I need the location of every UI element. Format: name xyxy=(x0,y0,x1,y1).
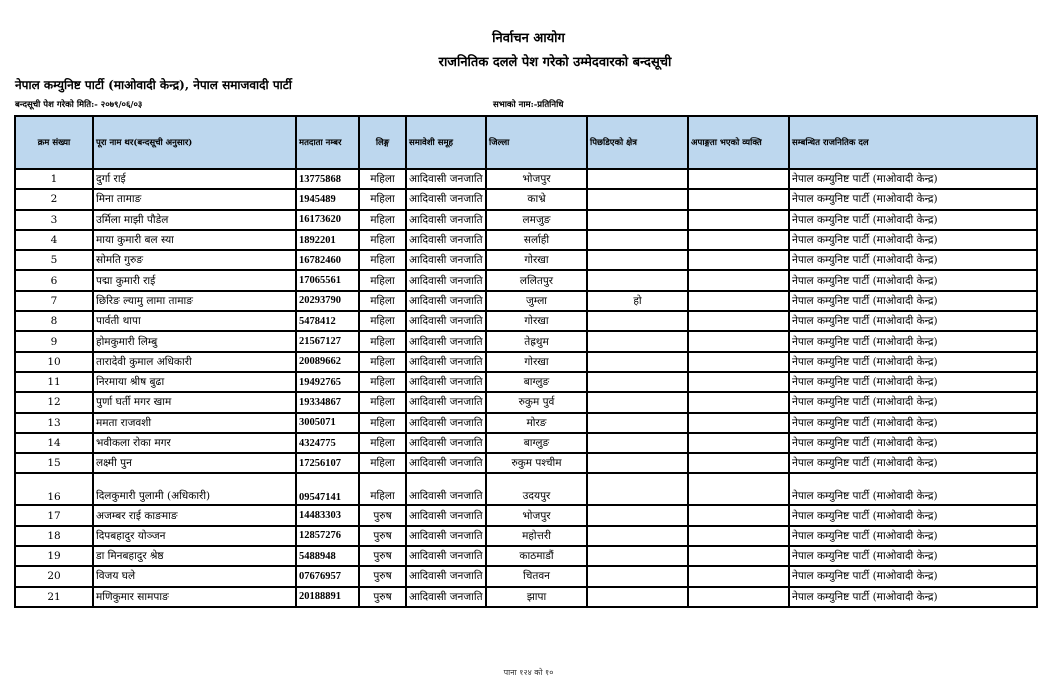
cell-serial-number: 1 xyxy=(15,169,93,189)
cell-voter-number: 19492765 xyxy=(296,372,359,392)
table-row: 13ममता राजवशी3005071महिलाआदिवासी जनजातिम… xyxy=(15,413,1037,433)
cell-voter-number: 07676957 xyxy=(296,566,359,586)
cell-full-name: विजय घले xyxy=(93,566,296,586)
cell-district: गोरखा xyxy=(486,311,587,331)
cell-political-party: नेपाल कम्युनिष्ट पार्टी (माओवादी केन्द्र… xyxy=(789,270,1037,290)
cell-backward-area xyxy=(587,169,688,189)
cell-voter-number: 21567127 xyxy=(296,331,359,351)
cell-voter-number: 14483303 xyxy=(296,505,359,525)
cell-disabled-person xyxy=(688,270,789,290)
cell-serial-number: 13 xyxy=(15,413,93,433)
cell-voter-number: 09547141 xyxy=(296,473,359,505)
cell-political-party: नेपाल कम्युनिष्ट पार्टी (माओवादी केन्द्र… xyxy=(789,352,1037,372)
cell-inclusive-group: आदिवासी जनजाति xyxy=(406,413,486,433)
cell-inclusive-group: आदिवासी जनजाति xyxy=(406,331,486,351)
cell-full-name: लक्ष्मी पुन xyxy=(93,453,296,473)
cell-voter-number: 17256107 xyxy=(296,453,359,473)
candidate-list-table: क्रम संख्या पूरा नाम थर(बन्दसूची अनुसार)… xyxy=(14,115,1038,608)
cell-gender: महिला xyxy=(359,473,406,505)
cell-serial-number: 5 xyxy=(15,250,93,270)
cell-district: गोरखा xyxy=(486,352,587,372)
cell-inclusive-group: आदिवासी जनजाति xyxy=(406,566,486,586)
cell-political-party: नेपाल कम्युनिष्ट पार्टी (माओवादी केन्द्र… xyxy=(789,331,1037,351)
document-subtitle: राजनितिक दलले पेश गरेको उम्मेदवारको बन्द… xyxy=(0,52,1057,70)
cell-backward-area xyxy=(587,270,688,290)
cell-political-party: नेपाल कम्युनिष्ट पार्टी (माओवादी केन्द्र… xyxy=(789,413,1037,433)
cell-gender: महिला xyxy=(359,250,406,270)
cell-full-name: पुर्णा घर्ती मगर खाम xyxy=(93,392,296,412)
cell-political-party: नेपाल कम्युनिष्ट पार्टी (माओवादी केन्द्र… xyxy=(789,169,1037,189)
cell-gender: महिला xyxy=(359,392,406,412)
cell-backward-area xyxy=(587,526,688,546)
cell-gender: महिला xyxy=(359,291,406,311)
cell-gender: महिला xyxy=(359,372,406,392)
cell-disabled-person xyxy=(688,526,789,546)
cell-inclusive-group: आदिवासी जनजाति xyxy=(406,311,486,331)
cell-full-name: निरमाया श्रीष बुढा xyxy=(93,372,296,392)
cell-disabled-person xyxy=(688,587,789,607)
cell-serial-number: 16 xyxy=(15,473,93,505)
col-disabled-person: अपाङ्गता भएको व्यक्ति xyxy=(688,116,789,169)
cell-voter-number: 20293790 xyxy=(296,291,359,311)
cell-disabled-person xyxy=(688,473,789,505)
cell-disabled-person xyxy=(688,546,789,566)
cell-voter-number: 4324775 xyxy=(296,433,359,453)
cell-disabled-person xyxy=(688,372,789,392)
cell-backward-area xyxy=(587,189,688,209)
cell-district: तेह्रथुम xyxy=(486,331,587,351)
cell-district: सर्लाही xyxy=(486,230,587,250)
cell-full-name: माया कुमारी बल स्या xyxy=(93,230,296,250)
cell-inclusive-group: आदिवासी जनजाति xyxy=(406,352,486,372)
col-district: जिल्ला xyxy=(486,116,587,169)
cell-voter-number: 12857276 xyxy=(296,526,359,546)
table-row: 7छिरिङ ल्यामु लामा तामाङ20293790महिलाआदि… xyxy=(15,291,1037,311)
cell-backward-area xyxy=(587,566,688,586)
cell-backward-area xyxy=(587,413,688,433)
col-gender: लिङ्ग xyxy=(359,116,406,169)
cell-inclusive-group: आदिवासी जनजाति xyxy=(406,230,486,250)
cell-district: ललितपुर xyxy=(486,270,587,290)
cell-serial-number: 9 xyxy=(15,331,93,351)
cell-full-name: पार्वती थापा xyxy=(93,311,296,331)
table-row: 1दुर्गा राई13775868महिलाआदिवासी जनजातिभो… xyxy=(15,169,1037,189)
cell-voter-number: 1945489 xyxy=(296,189,359,209)
table-row: 21मणिकुमार सामपाङ20188891पुरुषआदिवासी जन… xyxy=(15,587,1037,607)
cell-disabled-person xyxy=(688,169,789,189)
cell-inclusive-group: आदिवासी जनजाति xyxy=(406,587,486,607)
cell-gender: महिला xyxy=(359,230,406,250)
cell-full-name: तारादेवी कुमाल अधिकारी xyxy=(93,352,296,372)
cell-gender: महिला xyxy=(359,413,406,433)
cell-backward-area xyxy=(587,331,688,351)
table-row: 4माया कुमारी बल स्या1892201महिलाआदिवासी … xyxy=(15,230,1037,250)
cell-serial-number: 2 xyxy=(15,189,93,209)
cell-voter-number: 5488948 xyxy=(296,546,359,566)
cell-inclusive-group: आदिवासी जनजाति xyxy=(406,270,486,290)
cell-serial-number: 4 xyxy=(15,230,93,250)
cell-disabled-person xyxy=(688,413,789,433)
cell-serial-number: 20 xyxy=(15,566,93,586)
cell-voter-number: 13775868 xyxy=(296,169,359,189)
submission-date: बन्दसूची पेश गरेको मिति:- २०७९/०६/०३ xyxy=(15,99,142,110)
table-row: 10तारादेवी कुमाल अधिकारी20089662महिलाआदि… xyxy=(15,352,1037,372)
table-row: 18दिपबहादुर योञ्जन12857276पुरुषआदिवासी ज… xyxy=(15,526,1037,546)
cell-district: काठमाडौं xyxy=(486,546,587,566)
cell-serial-number: 12 xyxy=(15,392,93,412)
col-political-party: सम्बन्धित राजनितिक दल xyxy=(789,116,1037,169)
cell-political-party: नेपाल कम्युनिष्ट पार्टी (माओवादी केन्द्र… xyxy=(789,210,1037,230)
cell-inclusive-group: आदिवासी जनजाति xyxy=(406,291,486,311)
col-backward-area: पिछडिएको क्षेत्र xyxy=(587,116,688,169)
cell-serial-number: 17 xyxy=(15,505,93,525)
cell-political-party: नेपाल कम्युनिष्ट पार्टी (माओवादी केन्द्र… xyxy=(789,392,1037,412)
cell-backward-area xyxy=(587,546,688,566)
cell-disabled-person xyxy=(688,250,789,270)
cell-voter-number: 20089662 xyxy=(296,352,359,372)
cell-political-party: नेपाल कम्युनिष्ट पार्टी (माओवादी केन्द्र… xyxy=(789,250,1037,270)
cell-gender: पुरुष xyxy=(359,505,406,525)
cell-inclusive-group: आदिवासी जनजाति xyxy=(406,473,486,505)
cell-full-name: अजम्बर राई काङमाङ xyxy=(93,505,296,525)
cell-gender: पुरुष xyxy=(359,526,406,546)
cell-serial-number: 8 xyxy=(15,311,93,331)
cell-gender: महिला xyxy=(359,433,406,453)
cell-district: भोजपुर xyxy=(486,169,587,189)
page-footer: पाना १२४ को १० xyxy=(0,667,1057,676)
cell-full-name: ममता राजवशी xyxy=(93,413,296,433)
house-name: सभाको नाम:-प्रतिनिधि xyxy=(493,99,564,110)
table-row: 6पद्मा कुमारी राई17065561महिलाआदिवासी जन… xyxy=(15,270,1037,290)
cell-full-name: उर्मिला माझी पौडेल xyxy=(93,210,296,230)
cell-disabled-person xyxy=(688,352,789,372)
cell-district: उदयपुर xyxy=(486,473,587,505)
cell-gender: पुरुष xyxy=(359,546,406,566)
cell-district: जुम्ला xyxy=(486,291,587,311)
cell-district: बाग्लुङ xyxy=(486,433,587,453)
cell-full-name: दिलकुमारी पुलामी (अधिकारी) xyxy=(93,473,296,505)
cell-inclusive-group: आदिवासी जनजाति xyxy=(406,505,486,525)
cell-district: झापा xyxy=(486,587,587,607)
cell-serial-number: 21 xyxy=(15,587,93,607)
cell-district: भोजपुर xyxy=(486,505,587,525)
cell-district: महोत्तरी xyxy=(486,526,587,546)
cell-serial-number: 7 xyxy=(15,291,93,311)
cell-district: रुकुम पश्चीम xyxy=(486,453,587,473)
cell-gender: महिला xyxy=(359,189,406,209)
cell-full-name: छिरिङ ल्यामु लामा तामाङ xyxy=(93,291,296,311)
table-row: 9होमकुमारी लिम्बु21567127महिलाआदिवासी जन… xyxy=(15,331,1037,351)
cell-backward-area xyxy=(587,210,688,230)
table-row: 12पुर्णा घर्ती मगर खाम19334867महिलाआदिवा… xyxy=(15,392,1037,412)
cell-backward-area xyxy=(587,505,688,525)
cell-inclusive-group: आदिवासी जनजाति xyxy=(406,250,486,270)
cell-backward-area xyxy=(587,250,688,270)
cell-inclusive-group: आदिवासी जनजाति xyxy=(406,453,486,473)
cell-backward-area xyxy=(587,433,688,453)
table-row: 15लक्ष्मी पुन17256107महिलाआदिवासी जनजाति… xyxy=(15,453,1037,473)
cell-full-name: दिपबहादुर योञ्जन xyxy=(93,526,296,546)
cell-disabled-person xyxy=(688,433,789,453)
cell-political-party: नेपाल कम्युनिष्ट पार्टी (माओवादी केन्द्र… xyxy=(789,453,1037,473)
cell-voter-number: 20188891 xyxy=(296,587,359,607)
cell-political-party: नेपाल कम्युनिष्ट पार्टी (माओवादी केन्द्र… xyxy=(789,587,1037,607)
cell-disabled-person xyxy=(688,331,789,351)
cell-serial-number: 14 xyxy=(15,433,93,453)
cell-district: मोरङ xyxy=(486,413,587,433)
cell-inclusive-group: आदिवासी जनजाति xyxy=(406,392,486,412)
table-row: 11निरमाया श्रीष बुढा19492765महिलाआदिवासी… xyxy=(15,372,1037,392)
cell-full-name: सोमति गुरुङ xyxy=(93,250,296,270)
cell-full-name: पद्मा कुमारी राई xyxy=(93,270,296,290)
cell-disabled-person xyxy=(688,505,789,525)
cell-political-party: नेपाल कम्युनिष्ट पार्टी (माओवादी केन्द्र… xyxy=(789,189,1037,209)
cell-voter-number: 1892201 xyxy=(296,230,359,250)
cell-political-party: नेपाल कम्युनिष्ट पार्टी (माओवादी केन्द्र… xyxy=(789,526,1037,546)
table-row: 20विजय घले07676957पुरुषआदिवासी जनजातिचित… xyxy=(15,566,1037,586)
cell-inclusive-group: आदिवासी जनजाति xyxy=(406,189,486,209)
cell-gender: महिला xyxy=(359,169,406,189)
cell-political-party: नेपाल कम्युनिष्ट पार्टी (माओवादी केन्द्र… xyxy=(789,311,1037,331)
cell-disabled-person xyxy=(688,291,789,311)
cell-backward-area xyxy=(587,311,688,331)
table-row: 3उर्मिला माझी पौडेल16173620महिलाआदिवासी … xyxy=(15,210,1037,230)
cell-serial-number: 19 xyxy=(15,546,93,566)
cell-political-party: नेपाल कम्युनिष्ट पार्टी (माओवादी केन्द्र… xyxy=(789,433,1037,453)
cell-voter-number: 5478412 xyxy=(296,311,359,331)
cell-voter-number: 19334867 xyxy=(296,392,359,412)
cell-inclusive-group: आदिवासी जनजाति xyxy=(406,546,486,566)
table-row: 2मिना तामाङ1945489महिलाआदिवासी जनजातिकाभ… xyxy=(15,189,1037,209)
cell-full-name: दुर्गा राई xyxy=(93,169,296,189)
cell-disabled-person xyxy=(688,230,789,250)
cell-backward-area: हो xyxy=(587,291,688,311)
cell-serial-number: 10 xyxy=(15,352,93,372)
cell-political-party: नेपाल कम्युनिष्ट पार्टी (माओवादी केन्द्र… xyxy=(789,505,1037,525)
table-row: 5सोमति गुरुङ16782460महिलाआदिवासी जनजातिग… xyxy=(15,250,1037,270)
cell-gender: महिला xyxy=(359,270,406,290)
cell-political-party: नेपाल कम्युनिष्ट पार्टी (माओवादी केन्द्र… xyxy=(789,566,1037,586)
cell-backward-area xyxy=(587,587,688,607)
table-row: 16दिलकुमारी पुलामी (अधिकारी)09547141महिल… xyxy=(15,473,1037,505)
cell-district: रुकुम पुर्व xyxy=(486,392,587,412)
table-row: 14भवीकला रोका मगर4324775महिलाआदिवासी जनज… xyxy=(15,433,1037,453)
cell-inclusive-group: आदिवासी जनजाति xyxy=(406,372,486,392)
cell-disabled-person xyxy=(688,566,789,586)
cell-voter-number: 17065561 xyxy=(296,270,359,290)
cell-serial-number: 3 xyxy=(15,210,93,230)
cell-serial-number: 18 xyxy=(15,526,93,546)
cell-backward-area xyxy=(587,453,688,473)
col-voter-number: मतदाता नम्बर xyxy=(296,116,359,169)
cell-gender: पुरुष xyxy=(359,566,406,586)
cell-full-name: मिना तामाङ xyxy=(93,189,296,209)
cell-inclusive-group: आदिवासी जनजाति xyxy=(406,433,486,453)
cell-voter-number: 3005071 xyxy=(296,413,359,433)
cell-full-name: भवीकला रोका मगर xyxy=(93,433,296,453)
cell-voter-number: 16782460 xyxy=(296,250,359,270)
cell-inclusive-group: आदिवासी जनजाति xyxy=(406,169,486,189)
cell-full-name: मणिकुमार सामपाङ xyxy=(93,587,296,607)
cell-serial-number: 11 xyxy=(15,372,93,392)
cell-gender: महिला xyxy=(359,311,406,331)
cell-political-party: नेपाल कम्युनिष्ट पार्टी (माओवादी केन्द्र… xyxy=(789,372,1037,392)
cell-backward-area xyxy=(587,230,688,250)
cell-full-name: डा मिनबहादुर श्रेष्ठ xyxy=(93,546,296,566)
cell-disabled-person xyxy=(688,189,789,209)
cell-serial-number: 15 xyxy=(15,453,93,473)
cell-full-name: होमकुमारी लिम्बु xyxy=(93,331,296,351)
col-inclusive-group: समावेशी समूह xyxy=(406,116,486,169)
table-header-row: क्रम संख्या पूरा नाम थर(बन्दसूची अनुसार)… xyxy=(15,116,1037,169)
cell-backward-area xyxy=(587,352,688,372)
cell-backward-area xyxy=(587,392,688,412)
cell-district: लमजुङ xyxy=(486,210,587,230)
cell-political-party: नेपाल कम्युनिष्ट पार्टी (माओवादी केन्द्र… xyxy=(789,473,1037,505)
cell-serial-number: 6 xyxy=(15,270,93,290)
table-row: 17अजम्बर राई काङमाङ14483303पुरुषआदिवासी … xyxy=(15,505,1037,525)
cell-district: गोरखा xyxy=(486,250,587,270)
cell-district: बाग्लुङ xyxy=(486,372,587,392)
cell-gender: पुरुष xyxy=(359,587,406,607)
col-serial-number: क्रम संख्या xyxy=(15,116,93,169)
cell-gender: महिला xyxy=(359,210,406,230)
document-title: निर्वाचन आयोग xyxy=(0,28,1057,46)
cell-district: काभ्रे xyxy=(486,189,587,209)
cell-political-party: नेपाल कम्युनिष्ट पार्टी (माओवादी केन्द्र… xyxy=(789,230,1037,250)
cell-gender: महिला xyxy=(359,352,406,372)
cell-disabled-person xyxy=(688,210,789,230)
cell-voter-number: 16173620 xyxy=(296,210,359,230)
cell-political-party: नेपाल कम्युनिष्ट पार्टी (माओवादी केन्द्र… xyxy=(789,546,1037,566)
cell-disabled-person xyxy=(688,392,789,412)
cell-district: चितवन xyxy=(486,566,587,586)
table-row: 8पार्वती थापा5478412महिलाआदिवासी जनजातिग… xyxy=(15,311,1037,331)
party-heading: नेपाल कम्युनिष्ट पार्टी (माओवादी केन्द्र… xyxy=(15,76,292,93)
col-full-name: पूरा नाम थर(बन्दसूची अनुसार) xyxy=(93,116,296,169)
table-row: 19डा मिनबहादुर श्रेष्ठ5488948पुरुषआदिवास… xyxy=(15,546,1037,566)
cell-gender: महिला xyxy=(359,331,406,351)
cell-inclusive-group: आदिवासी जनजाति xyxy=(406,526,486,546)
cell-disabled-person xyxy=(688,311,789,331)
cell-disabled-person xyxy=(688,453,789,473)
cell-backward-area xyxy=(587,372,688,392)
cell-political-party: नेपाल कम्युनिष्ट पार्टी (माओवादी केन्द्र… xyxy=(789,291,1037,311)
cell-inclusive-group: आदिवासी जनजाति xyxy=(406,210,486,230)
cell-gender: महिला xyxy=(359,453,406,473)
cell-backward-area xyxy=(587,473,688,505)
